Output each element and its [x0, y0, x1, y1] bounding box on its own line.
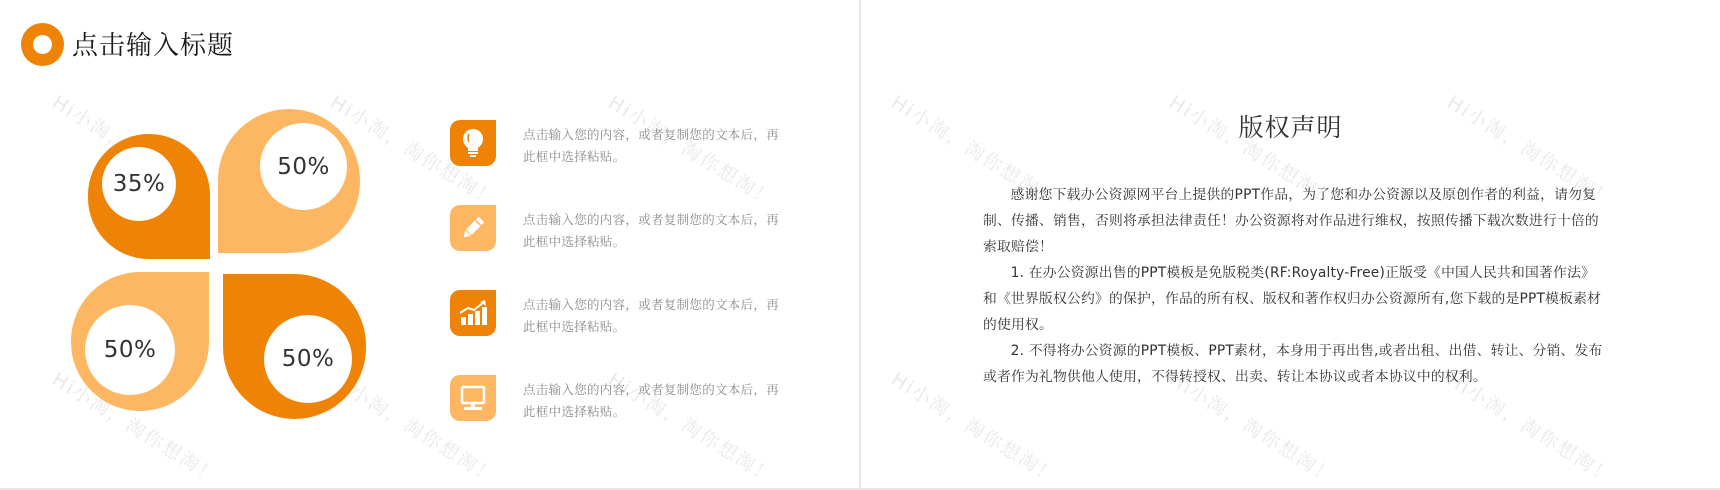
percent-label[interactable]: 50% [85, 305, 175, 395]
title-ring-icon [21, 23, 64, 66]
feature-item: 点击输入您的内容，或者复制您的文本后，再此框中选择粘贴。 [450, 205, 790, 265]
feature-text[interactable]: 点击输入您的内容，或者复制您的文本后，再此框中选择粘贴。 [523, 124, 788, 168]
content-slide: Hi小淘，淘你想淘！ Hi小淘，淘你想淘！ Hi小淘，淘你想淘！ Hi小淘，淘你… [0, 0, 859, 488]
feature-text[interactable]: 点击输入您的内容，或者复制您的文本后，再此框中选择粘贴。 [523, 209, 788, 253]
percent-drop-bottom-left: 50% [71, 272, 209, 411]
lightbulb-icon [450, 120, 496, 166]
page-title[interactable]: 点击输入标题 [72, 25, 234, 62]
percent-drop-bottom-right: 50% [223, 274, 366, 419]
feature-item: 点击输入您的内容，或者复制您的文本后，再此框中选择粘贴。 [450, 120, 790, 180]
copyright-slide: Hi小淘，淘你想淘！ Hi小淘，淘你想淘！ Hi小淘，淘你想淘！ Hi小淘，淘你… [861, 0, 1720, 488]
copyright-paragraph: 1. 在办公资源出售的PPT模板是免版税类(RF:Royalty-Free)正版… [983, 260, 1603, 338]
copyright-body: 感谢您下载办公资源网平台上提供的PPT作品，为了您和办公资源以及原创作者的利益，… [983, 182, 1603, 390]
pencil-icon [450, 205, 496, 251]
percent-label[interactable]: 35% [102, 147, 176, 221]
monitor-icon [450, 375, 496, 421]
growth-chart-icon [450, 290, 496, 336]
percent-drop-top-right: 50% [218, 109, 360, 253]
percent-label[interactable]: 50% [264, 315, 352, 403]
feature-item: 点击输入您的内容，或者复制您的文本后，再此框中选择粘贴。 [450, 375, 790, 435]
feature-item: 点击输入您的内容，或者复制您的文本后，再此框中选择粘贴。 [450, 290, 790, 350]
copyright-paragraph: 2. 不得将办公资源的PPT模板、PPT素材，本身用于再出售,或者出租、出借、转… [983, 338, 1603, 390]
feature-text[interactable]: 点击输入您的内容，或者复制您的文本后，再此框中选择粘贴。 [523, 379, 788, 423]
copyright-paragraph: 感谢您下载办公资源网平台上提供的PPT作品，为了您和办公资源以及原创作者的利益，… [983, 182, 1603, 260]
percent-drop-top-left: 35% [88, 134, 210, 259]
copyright-title: 版权声明 [861, 108, 1720, 144]
feature-text[interactable]: 点击输入您的内容，或者复制您的文本后，再此框中选择粘贴。 [523, 294, 788, 338]
percent-label[interactable]: 50% [260, 123, 347, 210]
